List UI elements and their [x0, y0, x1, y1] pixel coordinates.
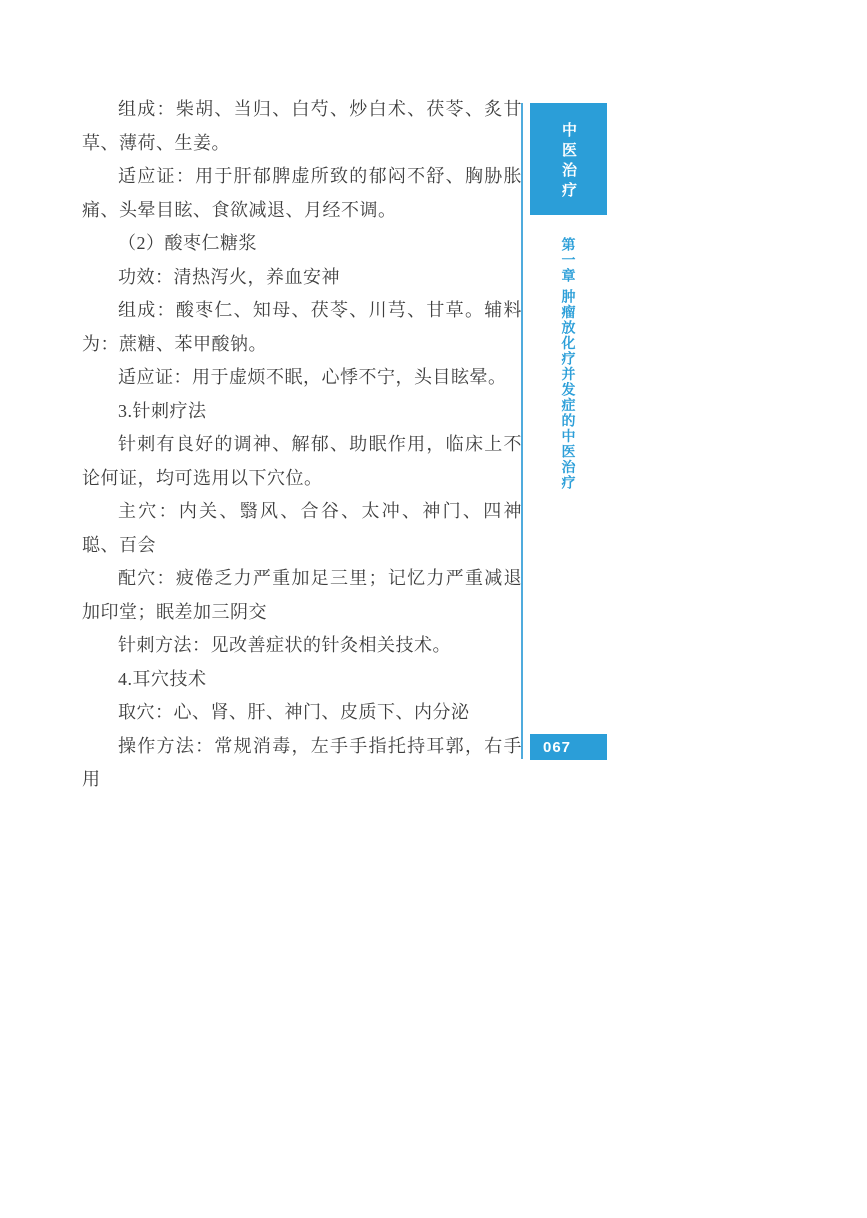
paragraph: 主穴：内关、翳风、合谷、太冲、神门、四神聪、百会 [82, 495, 522, 562]
section-tab-label: 中医治疗 [558, 122, 579, 202]
chapter-title-label: 肿瘤放化疗并发症的中医治疗 [559, 289, 579, 491]
paragraph: 组成：酸枣仁、知母、茯苓、川芎、甘草。辅料为：蔗糖、苯甲酸钠。 [82, 294, 522, 361]
paragraph: 针刺方法：见改善症状的针灸相关技术。 [82, 629, 522, 663]
paragraph: 组成：柴胡、当归、白芍、炒白术、茯苓、炙甘草、薄荷、生姜。 [82, 93, 522, 160]
chapter-title: 肿瘤放化疗并发症的中医治疗 [530, 289, 607, 491]
section-tab: 中医治疗 [530, 103, 607, 215]
paragraph: 适应证：用于虚烦不眠，心悸不宁，头目眩晕。 [82, 361, 522, 395]
paragraph: （2）酸枣仁糖浆 [82, 227, 522, 261]
paragraph: 4.耳穴技术 [82, 663, 522, 697]
paragraph: 针刺有良好的调神、解郁、助眠作用，临床上不论何证，均可选用以下穴位。 [82, 428, 522, 495]
body-text: 组成：柴胡、当归、白芍、炒白术、茯苓、炙甘草、薄荷、生姜。 适应证：用于肝郁脾虚… [82, 93, 522, 797]
paragraph: 3.针刺疗法 [82, 395, 522, 429]
page-number: 067 [543, 739, 571, 756]
sidebar-rule [521, 103, 523, 759]
paragraph: 操作方法：常规消毒，左手手指托持耳郭，右手用 [82, 730, 522, 797]
paragraph: 适应证：用于肝郁脾虚所致的郁闷不舒、胸胁胀痛、头晕目眩、食欲减退、月经不调。 [82, 160, 522, 227]
paragraph: 配穴：疲倦乏力严重加足三里；记忆力严重减退加印堂；眠差加三阴交 [82, 562, 522, 629]
paragraph: 取穴：心、肾、肝、神门、皮质下、内分泌 [82, 696, 522, 730]
paragraph: 功效：清热泻火，养血安神 [82, 261, 522, 295]
chapter-number: 第一章 [530, 237, 607, 284]
chapter-number-label: 第一章 [559, 237, 579, 284]
page-number-badge: 067 [530, 734, 607, 760]
